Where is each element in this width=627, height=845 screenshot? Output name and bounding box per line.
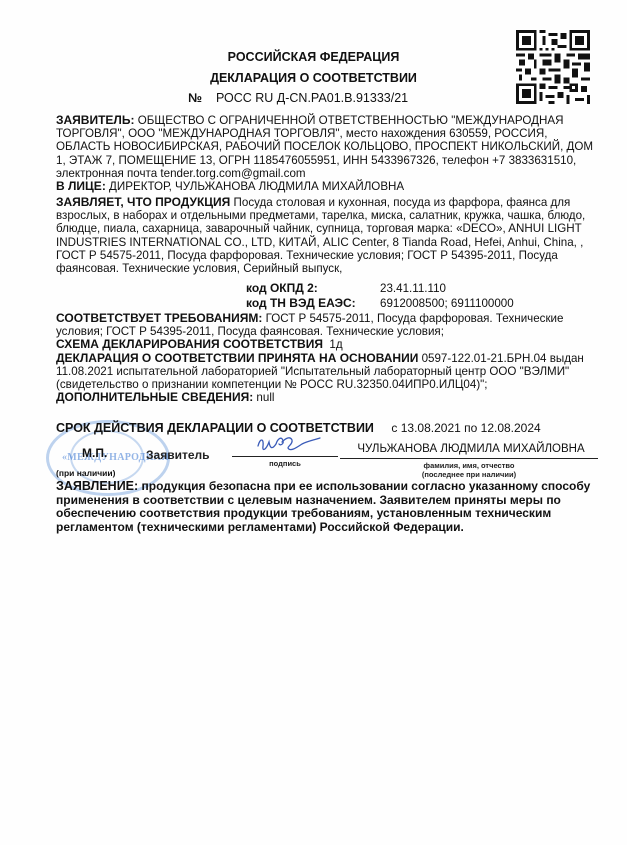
statement-label: ЗАЯВЛЕНИЕ: xyxy=(56,479,138,493)
applicant-text: ОБЩЕСТВО С ОГРАНИЧЕННОЙ ОТВЕТСТВЕННОСТЬЮ… xyxy=(56,114,593,180)
person-label: В ЛИЦЕ: xyxy=(56,179,106,193)
requirements-section: СООТВЕТСТВУЕТ ТРЕБОВАНИЯМ: ГОСТ Р 54575-… xyxy=(56,312,601,404)
okpd-code-row: код ОКПД 2:23.41.11.110 xyxy=(246,281,446,295)
validity-label: СРОК ДЕЙСТВИЯ ДЕКЛАРАЦИИ О СООТВЕТСТВИИ xyxy=(56,421,374,435)
tnved-label: код ТН ВЭД ЕАЭС: xyxy=(246,296,380,310)
basis-label: ДЕКЛАРАЦИЯ О СООТВЕТСТВИИ ПРИНЯТА НА ОСН… xyxy=(56,351,418,365)
name-line xyxy=(340,457,598,459)
signature-caption: подпись xyxy=(232,459,338,468)
applicant-section: ЗАЯВИТЕЛЬ: ОБЩЕСТВО С ОГРАНИЧЕННОЙ ОТВЕТ… xyxy=(56,114,601,193)
qr-code-icon xyxy=(516,30,590,104)
handwritten-signature-icon xyxy=(252,432,322,458)
person-text: ДИРЕКТОР, ЧУЛЬЖАНОВА ЛЮДМИЛА МИХАЙЛОВНА xyxy=(109,180,404,193)
statement-section: ЗАЯВЛЕНИЕ: продукция безопасна при ее ис… xyxy=(56,480,601,534)
product-label: ЗАЯВЛЯЕТ, ЧТО ПРОДУКЦИЯ xyxy=(56,195,230,209)
scheme-label: СХЕМА ДЕКЛАРИРОВАНИЯ СООТВЕТСТВИЯ xyxy=(56,337,323,351)
validity-dates: с 13.08.2021 по 12.08.2024 xyxy=(391,421,540,435)
mp-label: М.П. xyxy=(82,446,107,460)
tnved-value: 6912008500; 6911100000 xyxy=(380,297,514,310)
additional-label: ДОПОЛНИТЕЛЬНЫЕ СВЕДЕНИЯ: xyxy=(56,390,253,404)
number-sign: № xyxy=(188,91,202,105)
okpd-label: код ОКПД 2: xyxy=(246,281,380,295)
name-caption-note: (последнее при наличии) xyxy=(340,470,598,479)
requirements-label: СООТВЕТСТВУЕТ ТРЕБОВАНИЯМ: xyxy=(56,311,262,325)
applicant-label: ЗАЯВИТЕЛЬ: xyxy=(56,113,134,127)
scheme-value: 1д xyxy=(329,338,342,351)
name-caption: фамилия, имя, отчество xyxy=(340,461,598,470)
product-section: ЗАЯВЛЯЕТ, ЧТО ПРОДУКЦИЯ Посуда столовая … xyxy=(56,196,601,275)
applicant-signature-label: Заявитель xyxy=(146,448,210,462)
declaration-number: №РОСС RU Д-CN.РА01.В.91333/21 xyxy=(188,91,408,105)
tnved-code-row: код ТН ВЭД ЕАЭС:6912008500; 6911100000 xyxy=(246,296,514,310)
additional-value: null xyxy=(256,391,274,404)
signer-name: ЧУЛЬЖАНОВА ЛЮДМИЛА МИХАЙЛОВНА xyxy=(344,443,598,455)
okpd-value: 23.41.11.110 xyxy=(380,282,446,295)
mp-note: (при наличии) xyxy=(56,468,115,478)
number-value: РОСС RU Д-CN.РА01.В.91333/21 xyxy=(216,91,408,105)
